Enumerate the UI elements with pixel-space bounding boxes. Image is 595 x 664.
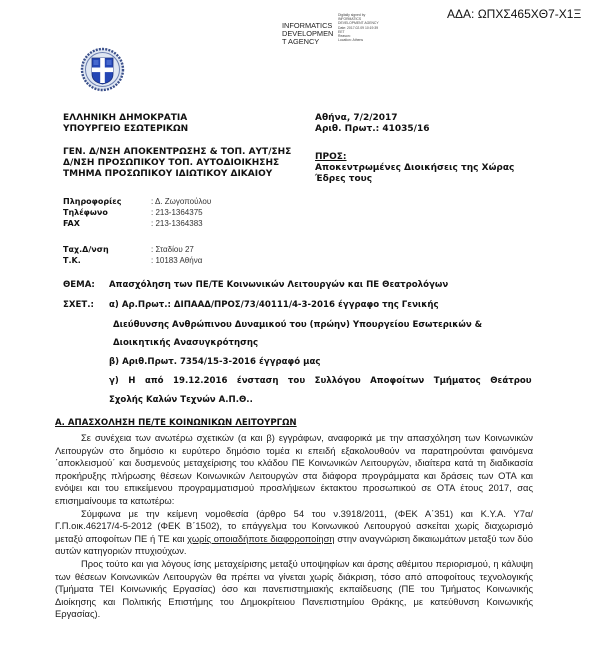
contact-label: FAX	[63, 218, 151, 230]
related-line: β) Αριθ.Πρωτ. 7354/15-3-2016 έγγραφό μας	[109, 352, 320, 372]
signature-name-line: T AGENCY	[282, 38, 340, 46]
related-line: α) Αρ.Πρωτ.: ΔΙΠΑΑΔ/ΠΡΟΣ/73/40111/4-3-20…	[109, 300, 439, 310]
recipient-line: Αποκεντρωμένες Διοικήσεις της Χώρας	[315, 163, 514, 174]
contact-value: : Σταδίου 27	[151, 245, 194, 254]
department-line: ΓΕΝ. Δ/ΝΣΗ ΑΠΟΚΕΝΤΡΩΣΗΣ & ΤΟΠ. ΑΥΤ/ΣΗΣ	[63, 147, 291, 158]
contact-value: : 10183 Αθήνα	[151, 256, 202, 265]
contact-row-postcode: Τ.Κ.: 10183 Αθήνα	[63, 255, 202, 267]
contact-label: Τηλέφωνο	[63, 207, 151, 219]
contact-row-address: Ταχ.Δ/νση: Σταδίου 27	[63, 244, 194, 256]
related-line: Σχολής Καλών Τεχνών Α.Π.Θ..	[109, 390, 253, 410]
contact-value: : Δ. Ζωγοπούλου	[151, 197, 211, 206]
contact-label: Πληροφορίες	[63, 196, 151, 208]
subject-label: ΘΕΜΑ:	[63, 275, 109, 295]
section-a-body: Σε συνέχεια των ανωτέρω σχετικών (α και …	[55, 432, 533, 621]
signature-name: INFORMATICS DEVELOPMEN T AGENCY	[282, 22, 340, 47]
related-line: Διεύθυνσης Ανθρώπινου Δυναμικού του (πρώ…	[113, 315, 482, 335]
contact-label: Ταχ.Δ/νση	[63, 244, 151, 256]
department-line: ΤΜΗΜΑ ΠΡΟΣΩΠΙΚΟΥ ΙΔΙΩΤΙΚΟΥ ΔΙΚΑΙΟΥ	[63, 169, 272, 180]
related-line: Διοικητικής Ανασυγκρότησης	[113, 333, 258, 353]
ada-code: ΑΔΑ: ΩΠΧΣ465ΧΘ7-Χ1Ξ	[447, 7, 581, 21]
protocol-number: Αριθ. Πρωτ.: 41035/16	[315, 124, 429, 135]
recipient-label: ΠΡΟΣ:	[315, 152, 347, 163]
contact-value: : 213-1364383	[151, 219, 203, 228]
paragraph: Σε συνέχεια των ανωτέρω σχετικών (α και …	[55, 432, 533, 508]
contact-row-fax: FAX: 213-1364383	[63, 218, 203, 230]
signature-detail-line: Location: Athens	[338, 38, 379, 42]
contact-value: : 213-1364375	[151, 208, 203, 217]
contact-label: Τ.Κ.	[63, 255, 151, 267]
document-date: Αθήνα, 7/2/2017	[315, 113, 398, 124]
related-row: ΣΧΕΤ.:α) Αρ.Πρωτ.: ΔΙΠΑΑΔ/ΠΡΟΣ/73/40111/…	[63, 295, 439, 315]
country-name: ΕΛΛΗΝΙΚΗ ΔΗΜΟΚΡΑΤΙΑ	[63, 113, 187, 124]
greek-emblem-icon	[80, 47, 125, 92]
underlined-emphasis: χωρίς οποιαδήποτε διαφοροποίηση	[187, 533, 334, 544]
contact-row-info: Πληροφορίες: Δ. Ζωγοπούλου	[63, 196, 211, 208]
signature-details: Digitally signed by INFORMATICS DEVELOPM…	[338, 13, 379, 42]
paragraph: Προς τούτο και για λόγους ίσης μεταχείρι…	[55, 558, 533, 621]
subject-text: Απασχόληση των ΠΕ/ΤΕ Κοινωνικών Λειτουργ…	[109, 280, 448, 290]
ministry-name: ΥΠΟΥΡΓΕΙΟ ΕΣΩΤΕΡΙΚΩΝ	[63, 124, 188, 135]
department-line: Δ/ΝΣΗ ΠΡΟΣΩΠΙΚΟΥ ΤΟΠ. ΑΥΤΟΔΙΟΙΚΗΣΗΣ	[63, 158, 279, 169]
subject-row: ΘΕΜΑ:Απασχόληση των ΠΕ/ΤΕ Κοινωνικών Λει…	[63, 275, 448, 295]
recipient-line: Έδρες τους	[315, 174, 372, 185]
section-a-title: Α. ΑΠΑΣΧΟΛΗΣΗ ΠΕ/ΤΕ ΚΟΙΝΩΝΙΚΩΝ ΛΕΙΤΟΥΡΓΩ…	[55, 418, 297, 428]
contact-row-phone: Τηλέφωνο: 213-1364375	[63, 207, 203, 219]
signature-detail-line: DEVELOPMENT AGENCY	[338, 21, 379, 25]
paragraph: Σύμφωνα με την κείμενη νομοθεσία (άρθρο …	[55, 508, 533, 558]
related-line: γ) Η από 19.12.2016 ένσταση του Συλλόγου…	[109, 371, 532, 391]
related-label: ΣΧΕΤ.:	[63, 295, 109, 315]
